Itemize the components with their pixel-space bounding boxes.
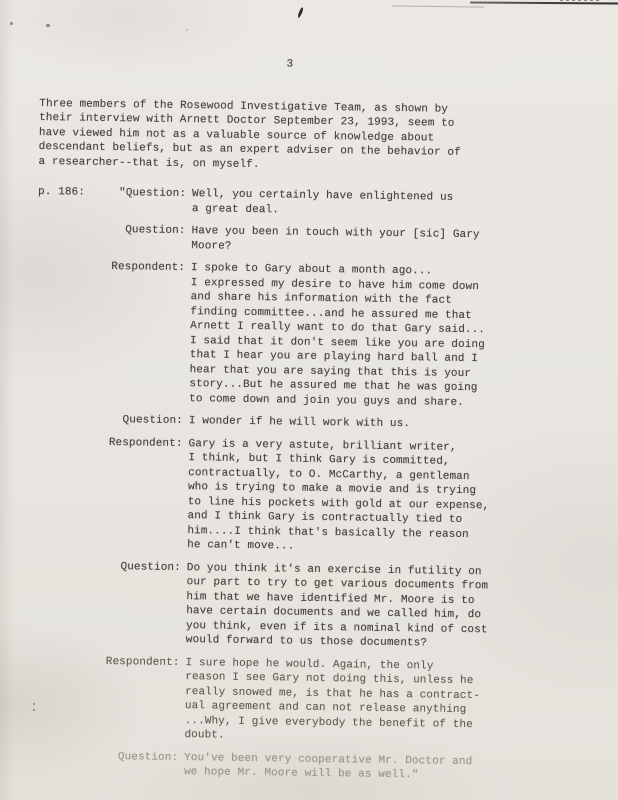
clipped-text-fragment <box>560 0 600 1</box>
speaker-label: Question: <box>105 559 181 575</box>
citation-label <box>32 653 104 654</box>
speaker-label: Respondent: <box>103 654 179 670</box>
speaker-label: Question: <box>102 749 178 765</box>
speech-text: Well, you certainly have enlightened us … <box>192 187 590 222</box>
dialogue-turn: Respondent: Gary is a very astute, brill… <box>33 434 587 558</box>
intro-paragraph: Three members of the Rosewood Investigat… <box>38 96 591 176</box>
citation-label <box>38 222 110 223</box>
overlapping-page-edge-line <box>470 1 618 4</box>
speaker-label: Question: <box>107 413 183 429</box>
citation-label <box>35 434 107 435</box>
speaker-label: Respondent: <box>109 260 185 276</box>
dialogue-turn: Question: Have you been in touch with yo… <box>37 222 589 259</box>
speaker-label: Question: <box>109 223 185 239</box>
dialogue-turn: Respondent: I sure hope he would. Again,… <box>30 653 583 748</box>
dialogue-turn: Respondent: I spoke to Gary about a mont… <box>35 259 589 412</box>
speech-text: Have you been in touch with your [sic] G… <box>191 224 589 259</box>
speaker-label: "Question: <box>110 186 186 202</box>
speech-text: Do you think it's an exercise in futilit… <box>186 561 585 654</box>
scan-artifact-line <box>392 5 484 7</box>
citation-label <box>35 412 107 413</box>
typewritten-content: 3 Three members of the Rosewood Investig… <box>30 54 592 793</box>
speech-text: I spoke to Gary about a month ago... I e… <box>189 261 589 412</box>
dialogue-turn: Question: You've been very cooperative M… <box>30 748 582 785</box>
citation-label <box>33 558 105 559</box>
dialogue-turn: Question: Do you think it's an exercise … <box>32 558 585 653</box>
scanned-document-page: 3 Three members of the Rosewood Investig… <box>0 0 618 800</box>
ink-speck <box>186 29 188 31</box>
ink-speck <box>46 24 50 27</box>
ink-tick-mark <box>297 7 304 18</box>
page-number: 3 <box>40 54 592 76</box>
dialogue-turn: Question: I wonder if he will work with … <box>35 412 587 434</box>
citation-label <box>30 748 102 749</box>
speech-text: Gary is a very astute, brilliant writer,… <box>187 437 587 559</box>
speech-text: I sure hope he would. Again, the only re… <box>184 656 583 749</box>
speech-text: You've been very cooperative Mr. Doctor … <box>184 751 582 786</box>
citation-label <box>37 259 109 260</box>
citation-label: p. 186: <box>38 185 110 201</box>
speech-text: I wonder if he will work with us. <box>189 414 587 434</box>
ink-speck <box>10 22 13 25</box>
speaker-label: Respondent: <box>106 435 182 451</box>
dialogue-turn: p. 186: "Question: Well, you certainly h… <box>38 185 590 222</box>
transcript: p. 186: "Question: Well, you certainly h… <box>30 185 590 785</box>
